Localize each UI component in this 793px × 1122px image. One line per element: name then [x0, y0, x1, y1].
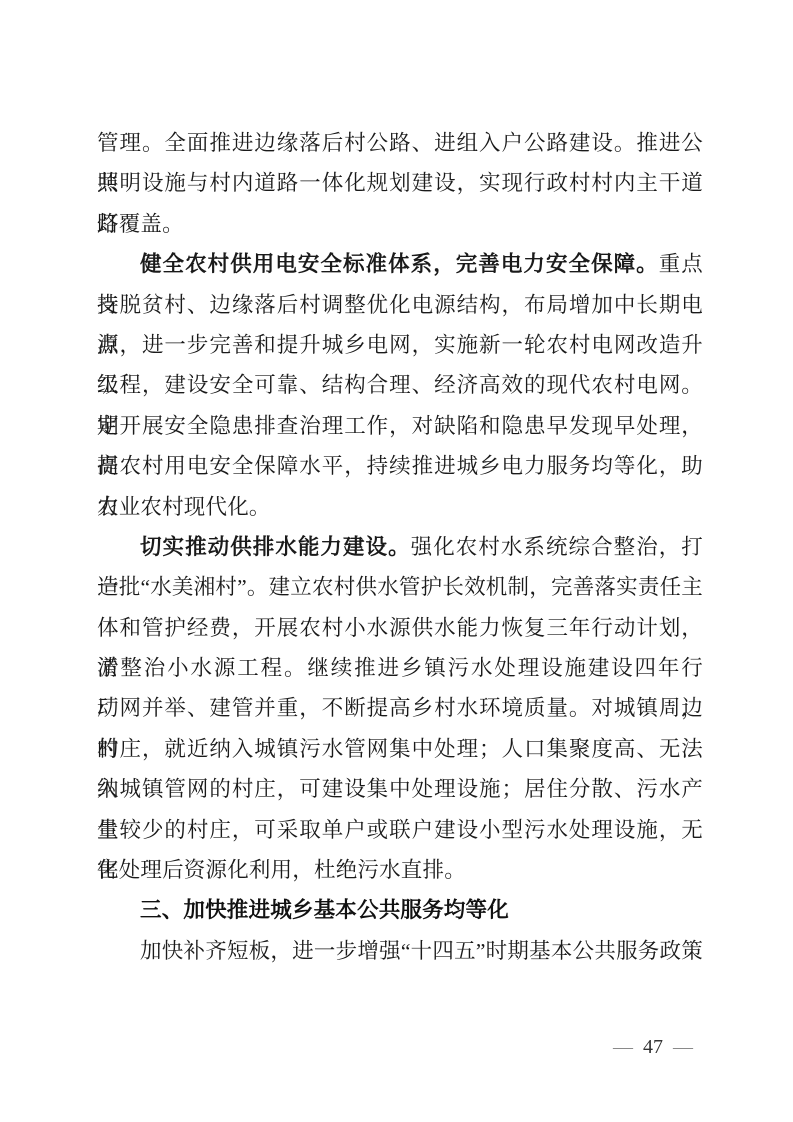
page-number-value: 47: [633, 1036, 673, 1058]
heading-section-three-public-services: 三、加快推进城乡基本公共服务均等化: [97, 890, 703, 930]
text-line: 入城镇管网的村庄，可建设集中处理设施；居住分散、污水产生: [97, 769, 703, 809]
text-line: 一批“水美湘村”。建立农村供水管护长效机制，完善落实责任主: [97, 567, 703, 607]
text-line: 灯覆盖。: [97, 204, 703, 244]
text-segment: 加快补齐短板，进一步增强“十四五”时期基本公共服务政策: [140, 939, 703, 963]
section-heading-line: 三、加快推进城乡基本公共服务均等化: [97, 890, 703, 930]
paragraph-public-services-intro: 加快补齐短板，进一步增强“十四五”时期基本公共服务政策: [97, 931, 703, 971]
text-line: 工程，建设安全可靠、结构合理、经济高效的现代农村电网。定: [97, 365, 703, 405]
bold-text-segment: 健全农村供用电安全标准体系，完善电力安全保障。: [140, 252, 659, 276]
document-page: 管理。全面推进边缘落后村公路、进组入户公路建设。推进公共照明设施与村内道路一体化…: [0, 0, 793, 1122]
paragraph-water-supply-drainage: 切实推动供排水能力建设。强化农村水系统综合整治，打造一批“水美湘村”。建立农村供…: [97, 527, 703, 891]
text-line: 加快补齐短板，进一步增强“十四五”时期基本公共服务政策: [97, 931, 703, 971]
text-line: 量较少的村庄，可采取单户或联户建设小型污水处理设施，无害: [97, 810, 703, 850]
text-line: 点，进一步完善和提升城乡电网，实施新一轮农村电网改造升级: [97, 325, 703, 365]
document-body: 管理。全面推进边缘落后村公路、进组入户公路建设。推进公共照明设施与村内道路一体化…: [97, 123, 703, 971]
text-line: 村庄，就近纳入城镇污水管网集中处理；人口集聚度高、无法纳: [97, 729, 703, 769]
text-line: 厂网并举、建管并重，不断提高乡村水环境质量。对城镇周边的: [97, 688, 703, 728]
paragraph-rural-power-supply: 健全农村供用电安全标准体系，完善电力安全保障。重点支持脱贫村、边缘落后村调整优化…: [97, 244, 703, 527]
page-number-dash-right: —: [673, 1036, 693, 1058]
bold-text-segment: 切实推动供排水能力建设。: [140, 535, 411, 559]
text-segment: 一批“水美湘村”。建立农村供水管护长效机制，完善落实责任主: [97, 575, 703, 599]
text-line: 切实推动供排水能力建设。强化农村水系统综合整治，打造: [97, 527, 703, 567]
paragraph-road-lighting-continuation: 管理。全面推进边缘落后村公路、进组入户公路建设。推进公共照明设施与村内道路一体化…: [97, 123, 703, 244]
text-segment: 化处理后资源化利用，杜绝污水直排。: [97, 858, 466, 882]
text-segment: 灯覆盖。: [97, 212, 184, 236]
bold-text-segment: 三、加快推进城乡基本公共服务均等化: [140, 898, 509, 922]
text-line: 持脱贫村、边缘落后村调整优化电源结构，布局增加中长期电源: [97, 285, 703, 325]
text-line: 管理。全面推进边缘落后村公路、进组入户公路建设。推进公共: [97, 123, 703, 163]
page-number-dash-left: —: [613, 1036, 633, 1058]
text-line: 期开展安全隐患排查治理工作，对缺陷和隐患早发现早处理，提: [97, 406, 703, 446]
text-line: 淤整治小水源工程。继续推进乡镇污水处理设施建设四年行动，: [97, 648, 703, 688]
text-line: 照明设施与村内道路一体化规划建设，实现行政村村内主干道路: [97, 163, 703, 203]
text-line: 农业农村现代化。: [97, 487, 703, 527]
text-line: 健全农村供用电安全标准体系，完善电力安全保障。重点支: [97, 244, 703, 284]
page-number: —47—: [593, 1005, 693, 1089]
text-line: 高农村用电安全保障水平，持续推进城乡电力服务均等化，助力: [97, 446, 703, 486]
text-line: 体和管护经费，开展农村小水源供水能力恢复三年行动计划，清: [97, 608, 703, 648]
text-segment: 农业农村现代化。: [97, 495, 271, 519]
text-line: 化处理后资源化利用，杜绝污水直排。: [97, 850, 703, 890]
